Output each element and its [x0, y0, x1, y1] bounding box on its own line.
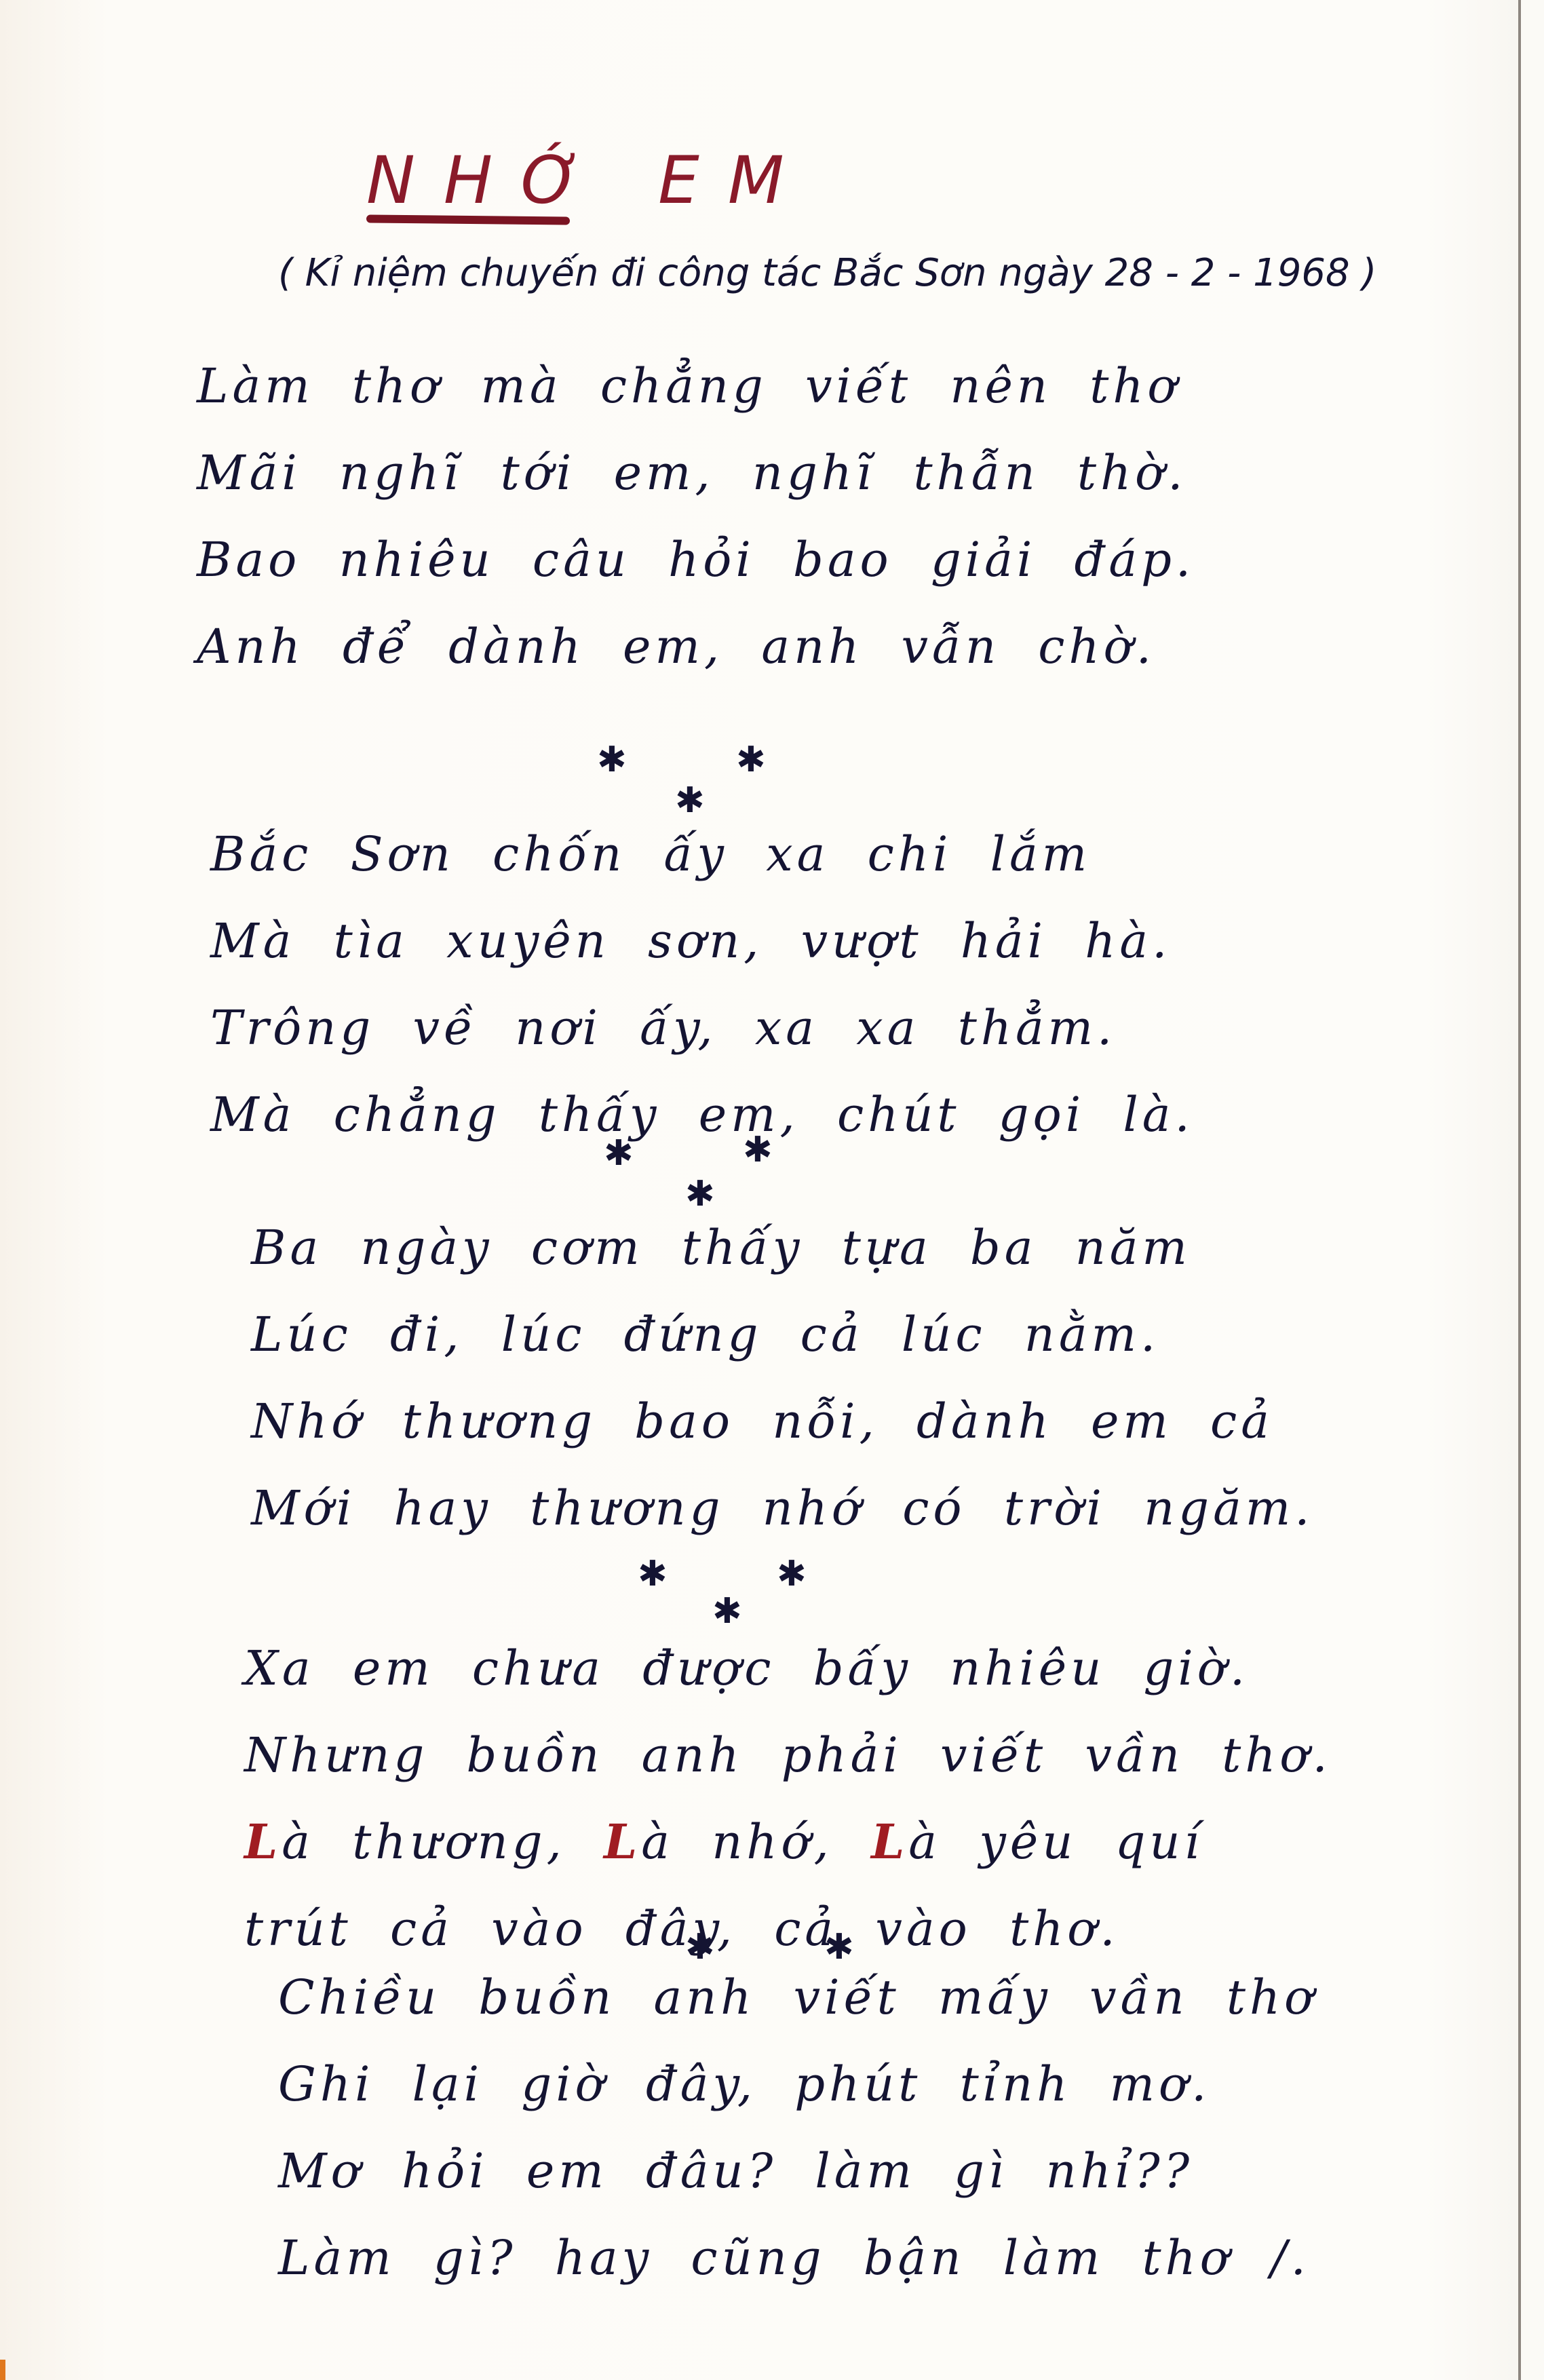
page-edge-strip	[1521, 0, 1544, 2380]
red-initial: L	[604, 1813, 641, 1870]
stanza-2: Bắc Sơn chốn ấy xa chi lắm Mà tìa xuyên …	[210, 811, 1194, 1158]
verse-line: Anh để dành em, anh vẫn chờ.	[197, 603, 1195, 690]
separator-star: ✱	[604, 1133, 634, 1174]
stanza-4: Xa em chưa được bấy nhiêu giờ. Nhưng buồ…	[244, 1625, 1332, 1972]
verse-line: Ghi lại giờ đây, phút tỉnh mơ.	[278, 2041, 1317, 2128]
separator-star: ✱	[597, 740, 627, 780]
verse-line: Lúc đi, lúc đứng cả lúc nằm.	[251, 1291, 1313, 1378]
separator-star: ✱	[638, 1554, 668, 1594]
separator-star: ✱	[736, 740, 766, 780]
poem-subtitle: ( Kỉ niệm chuyến đi công tác Bắc Sơn ngà…	[278, 251, 1376, 295]
verse-line: Mơ hỏi em đâu? làm gì nhỉ??	[278, 2128, 1317, 2214]
verse-line: Mà chẳng thấy em, chút gọi là.	[210, 1071, 1194, 1158]
separator-star: ✱	[777, 1554, 807, 1594]
corner-mark	[0, 2360, 5, 2380]
verse-line: Trông về nơi ấy, xa xa thẳm.	[210, 984, 1194, 1071]
verse-line: Bao nhiêu câu hỏi bao giải đáp.	[197, 516, 1195, 603]
verse-line: Mãi nghĩ tới em, nghĩ thẫn thờ.	[197, 429, 1195, 516]
verse-line: Chiều buồn anh viết mấy vần thơ	[278, 1954, 1317, 2041]
separator-star: ✱	[743, 1130, 773, 1170]
verse-line: Nhớ thương bao nỗi, dành em cả	[251, 1378, 1313, 1465]
verse-line: Làm thơ mà chẳng viết nên thơ	[197, 343, 1195, 429]
verse-line: Ba ngày cơm thấy tựa ba năm	[251, 1204, 1313, 1291]
stanza-3: Ba ngày cơm thấy tựa ba năm Lúc đi, lúc …	[251, 1204, 1313, 1552]
stanza-5: Chiều buồn anh viết mấy vần thơ Ghi lại …	[278, 1954, 1317, 2301]
verse-line-highlighted: Là thương, Là nhớ, Là yêu quí	[244, 1799, 1332, 1885]
verse-line: Mà tìa xuyên sơn, vượt hải hà.	[210, 898, 1194, 984]
red-initial: L	[871, 1813, 908, 1870]
verse-line: Xa em chưa được bấy nhiêu giờ.	[244, 1625, 1332, 1712]
verse-line: Mới hay thương nhớ có trời ngăm.	[251, 1465, 1313, 1552]
verse-line: Nhưng buồn anh phải viết vần thơ.	[244, 1712, 1332, 1799]
red-initial: L	[244, 1813, 282, 1870]
verse-line: Bắc Sơn chốn ấy xa chi lắm	[210, 811, 1194, 898]
verse-line: Làm gì? hay cũng bận làm thơ /.	[278, 2214, 1317, 2301]
poem-title: NHỚ EM	[366, 142, 813, 218]
stanza-1: Làm thơ mà chẳng viết nên thơ Mãi nghĩ t…	[197, 343, 1195, 690]
